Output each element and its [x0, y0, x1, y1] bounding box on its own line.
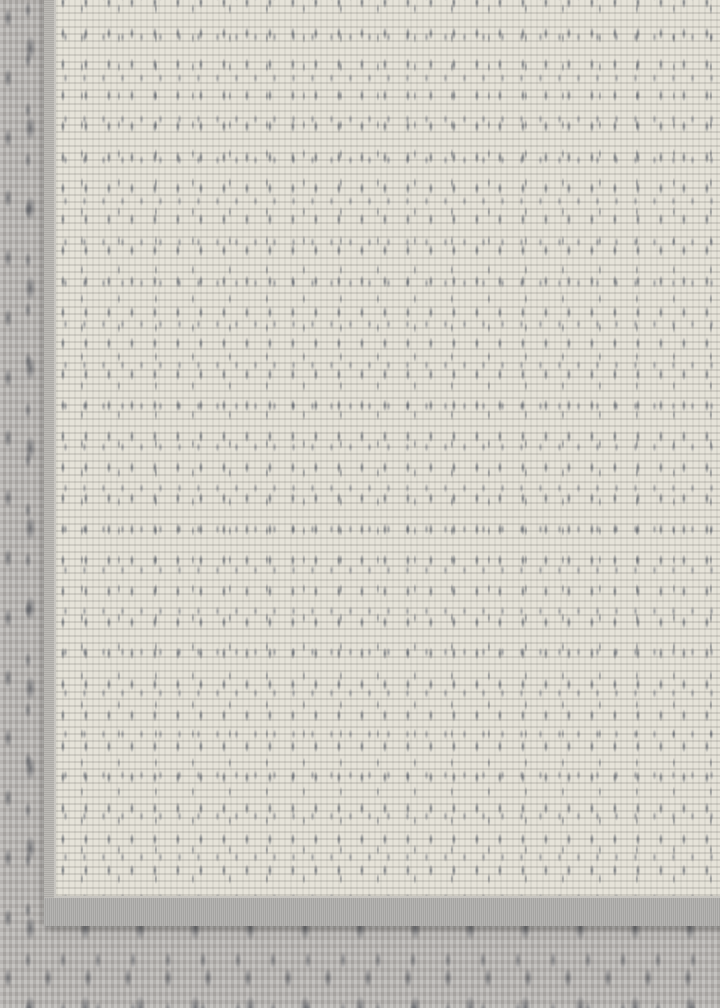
- woven-rug-back: [54, 0, 720, 898]
- bottom-binding: [44, 898, 720, 926]
- left-binding: [44, 0, 54, 898]
- rug-corner: [44, 0, 720, 926]
